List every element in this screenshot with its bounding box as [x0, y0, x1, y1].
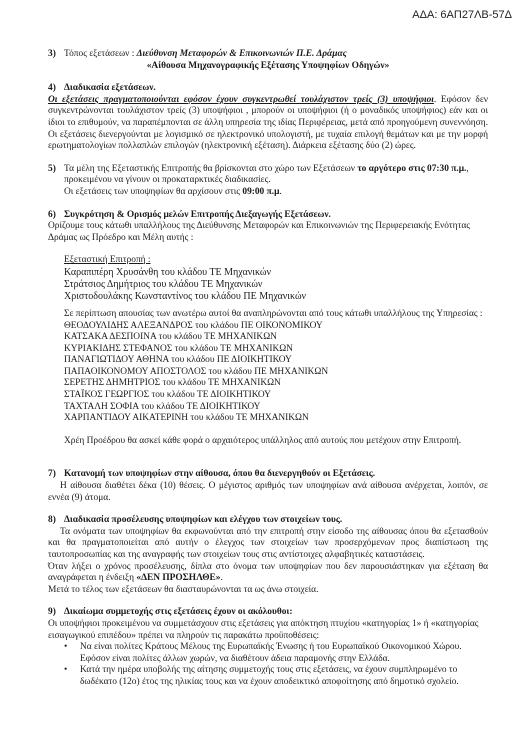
- section-9-title: Δικαίωμα συμμετοχής στις εξετάσεις έχουν…: [64, 607, 292, 617]
- substitute-members: ΘΕΟΔΟΥΛΙΔΗΣ ΑΛΕΞΑΝΔΡΟΣ του κλάδου ΠΕ ΟΙΚ…: [64, 321, 488, 425]
- section-6-title: Συγκρότηση & Ορισμός μελών Επιτροπής Διε…: [64, 210, 331, 220]
- section-7-title: Κατανομή των υποψηφίων στην αίθουσα, όπο…: [64, 469, 375, 479]
- section-4-exam-method: Οι εξετάσεις διενεργούνται με λογισμικό …: [48, 130, 488, 153]
- section-8-p2: Όταν λήξει ο χρόνος προσέλευσης, δίπλα σ…: [48, 562, 488, 584]
- section-7-text: Η αίθουσα διαθέτει δέκα (10) θέσεις. Ο μ…: [48, 481, 488, 504]
- section-6: 6)Συγκρότηση & Ορισμός μελών Επιτροπής Δ…: [48, 210, 488, 448]
- committee-members: Καραπιπέρη Χρυσάνθη του κλάδου ΤΕ Μηχανι…: [64, 267, 488, 303]
- substitute-member: ΘΕΟΔΟΥΛΙΔΗΣ ΑΛΕΞΑΝΔΡΟΣ του κλάδου ΠΕ ΟΙΚ…: [64, 321, 488, 333]
- substitutes-intro: Σε περίπτωση απουσίας των ανωτέρω αυτοί …: [64, 309, 488, 321]
- committee-arrival-time: το αργότερο στις 07:30 π.μ.: [357, 164, 466, 174]
- section-4-title: Διαδικασία εξετάσεων.: [64, 83, 156, 93]
- committee-label: Εξεταστική Επιτροπή :: [64, 255, 488, 267]
- punctuation: ,: [466, 164, 468, 174]
- section-7-number: 7): [48, 469, 64, 481]
- committee-member: Στράτσιος Δημήτριος του κλάδου ΤΕ Μηχανι…: [64, 279, 488, 291]
- section-3-number: 3): [48, 49, 64, 61]
- exam-location: Διεύθυνση Μεταφορών & Επικοινωνιών Π.Ε. …: [137, 49, 347, 59]
- exam-room: «Αίθουσα Μηχανογραφικής Εξέτασης Υποψηφί…: [48, 61, 488, 73]
- substitute-member: ΣΕΡΕΤΗΣ ΔΗΜΗΤΡΙΟΣ του κλάδου ΤΕ ΜΗΧΑΝΙΚΩ…: [64, 378, 488, 390]
- section-3-label: Τόπος εξετάσεων :: [64, 49, 137, 59]
- substitute-member: ΚΑΤΣΑΚΑ ΔΕΣΠΟΙΝΑ του κλάδου ΤΕ ΜΗΧΑΝΙΚΩΝ: [64, 332, 488, 344]
- section-8: 8)Διαδικασία προσέλευσης υποψηφίων και ε…: [48, 515, 488, 596]
- section-4: 4)Διαδικασία εξετάσεων. Οι εξετάσεις πρα…: [48, 83, 488, 153]
- document-page: 3)Τόπος εξετάσεων : Διεύθυνση Μεταφορών …: [48, 49, 488, 689]
- section-5-number: 5): [48, 164, 64, 176]
- punctuation: .: [221, 573, 223, 583]
- section-6-number: 6): [48, 210, 64, 222]
- committee-member: Καραπιπέρη Χρυσάνθη του κλάδου ΤΕ Μηχανι…: [64, 267, 488, 279]
- not-present-label: «ΔΕΝ ΠΡΟΣΗΛΘΕ»: [136, 573, 220, 583]
- section-4-number: 4): [48, 83, 64, 95]
- section-6-intro: Ορίζουμε τους κάτωθι υπαλλήλους της Διεύ…: [48, 221, 488, 244]
- section-3: 3)Τόπος εξετάσεων : Διεύθυνση Μεταφορών …: [48, 49, 488, 72]
- section-5: 5)Τα μέλη της Εξεταστικής Επιτροπής θα β…: [48, 164, 488, 199]
- minimum-candidates-rule: Οι εξετάσεις πραγματοποιούνται εφόσον έχ…: [48, 95, 434, 105]
- punctuation: .: [279, 187, 281, 197]
- substitute-member: ΠΑΠΑΟΙΚΟΝΟΜΟΥ ΑΠΟΣΤΟΛΟΣ του κλάδου ΠΕ ΜΗ…: [64, 367, 488, 379]
- ada-code: ΑΔΑ: 6ΑΠ27ΛΒ-57Δ: [412, 10, 512, 22]
- section-5-text: Τα μέλη της Εξεταστικής Επιτροπής θα βρί…: [64, 164, 357, 174]
- substitute-member: ΧΑΡΠΑΝΤΙΔΟΥ ΑΙΚΑΤΕΡΙΝΗ του κλάδου ΤΕ ΜΗΧ…: [64, 413, 488, 425]
- chair-note: Χρέη Προέδρου θα ασκεί κάθε φορά ο αρχαι…: [64, 436, 488, 448]
- committee-member: Χριστοδουλάκης Κωνσταντίνος του κλάδου Π…: [64, 291, 488, 303]
- substitute-member: ΣΤΑΪΚΟΣ ΓΕΩΡΓΙΟΣ του κλάδου ΤΕ ΔΙΟΙΚΗΤΙΚ…: [64, 390, 488, 402]
- substitute-member: ΤΑΧΤΑΛΗ ΣΟΦΙΑ του κλάδου ΤΕ ΔΙΟΙΚΗΤΙΚΟΥ: [64, 402, 488, 414]
- substitute-member: ΚΥΡΙΑΚΙΔΗΣ ΣΤΕΦΑΝΟΣ του κλάδου ΤΕ ΜΗΧΑΝΙ…: [64, 344, 488, 356]
- eligibility-list: Να είναι πολίτες Κράτους Μέλους της Ευρω…: [48, 642, 488, 688]
- eligibility-item: Να είναι πολίτες Κράτους Μέλους της Ευρω…: [64, 642, 488, 665]
- section-5-line-2: προκειμένου να γίνουν οι προκαταρκτικές …: [48, 175, 488, 187]
- eligibility-item: Κατά την ημέρα υποβολής της αίτησης συμμ…: [64, 665, 488, 688]
- substitute-member: ΠΑΝΑΓΙΩΤΙΔΟΥ ΑΘΗΝΑ του κλάδου ΠΕ ΔΙΟΙΚΗΤ…: [64, 355, 488, 367]
- section-8-p3: Μετά το τέλος των εξετάσεων θα διασταυρώ…: [48, 585, 488, 597]
- section-9-intro: Οι υποψήφιοι προκειμένου να συμμετάσχουν…: [48, 619, 488, 642]
- section-9-number: 9): [48, 607, 64, 619]
- section-9: 9)Δικαίωμα συμμετοχής στις εξετάσεις έχο…: [48, 607, 488, 688]
- section-8-p1: Τα ονόματα των υποψηφίων θα εκφωνούνται …: [48, 527, 488, 562]
- exam-start-time: 09:00 π.μ: [242, 187, 279, 197]
- section-8-number: 8): [48, 515, 64, 527]
- section-8-title: Διαδικασία προσέλευσης υποψηφίων και ελέ…: [64, 515, 342, 525]
- section-7: 7)Κατανομή των υποψηφίων στην αίθουσα, ό…: [48, 469, 488, 504]
- section-5-line-3: Οι εξετάσεις των υποψηφίων θα αρχίσουν σ…: [64, 187, 242, 197]
